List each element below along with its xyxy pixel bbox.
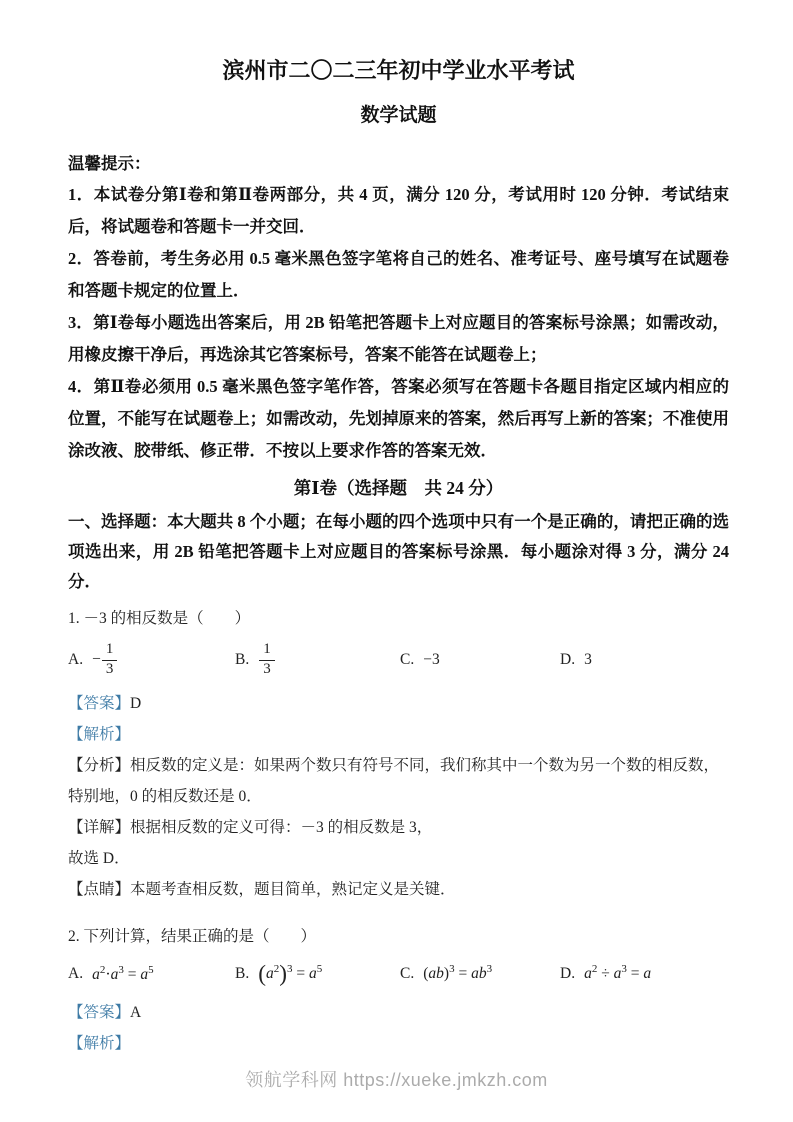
option-label: C. bbox=[400, 651, 414, 669]
question1-option-c: C. −3 bbox=[400, 651, 560, 669]
option-label: A. bbox=[68, 965, 83, 983]
option-formula: (ab)3 = ab3 bbox=[423, 965, 492, 983]
notice-heading: 温馨提示： bbox=[68, 149, 729, 179]
question1-option-a: A. −13 bbox=[68, 642, 235, 678]
question2-answer-line: 【答案】A bbox=[68, 997, 729, 1028]
fenxi-tag: 【分析】 bbox=[68, 757, 130, 774]
question1-fenxi-line: 【分析】相反数的定义是：如果两个数只有符号不同，我们称其中一个数为另一个数的相反… bbox=[68, 750, 729, 812]
notice-item-4: 4．第Ⅱ卷必须用 0.5 毫米黑色签字笔作答，答案必须写在答题卡各题目指定区域内… bbox=[68, 371, 729, 467]
question2-option-c: C. (ab)3 = ab3 bbox=[400, 965, 560, 983]
option-label: D. bbox=[560, 651, 575, 669]
dianjing-text: 本题考查相反数，题目简单，熟记定义是关键． bbox=[130, 881, 456, 898]
answer-tag: 【答案】 bbox=[68, 1004, 130, 1021]
document-subtitle: 数学试题 bbox=[68, 102, 729, 129]
document-content: 滨州市二〇二三年初中学业水平考试 数学试题 温馨提示： 1．本试卷分第Ⅰ卷和第Ⅱ… bbox=[0, 0, 793, 1059]
notice-item-2: 2．答卷前，考生务必用 0.5 毫米黑色签字笔将自己的姓名、准考证号、座号填写在… bbox=[68, 243, 729, 307]
notice-item-1: 1．本试卷分第Ⅰ卷和第Ⅱ卷两部分，共 4 页，满分 120 分，考试用时 120… bbox=[68, 179, 729, 243]
xiangjie-text: 根据相反数的定义可得：－3 的相反数是 3， bbox=[130, 819, 432, 836]
jiexi-tag: 【解析】 bbox=[68, 726, 130, 743]
option-formula: −13 bbox=[92, 642, 118, 678]
option-formula: 3 bbox=[584, 651, 592, 669]
option-label: B. bbox=[235, 651, 249, 669]
document-title: 滨州市二〇二三年初中学业水平考试 bbox=[68, 56, 729, 86]
option-formula: a2⋅a3 = a5 bbox=[92, 965, 154, 984]
xiangjie-tag: 【详解】 bbox=[68, 819, 130, 836]
answer-value: A bbox=[130, 1004, 141, 1021]
section1-header: 第Ⅰ卷（选择题 共 24 分） bbox=[68, 474, 729, 502]
dianjing-tag: 【点睛】 bbox=[68, 881, 130, 898]
question2-jiexi-line: 【解析】 bbox=[68, 1028, 729, 1059]
question1-jiexi-line: 【解析】 bbox=[68, 719, 729, 750]
question2-stem: 2. 下列计算，结果正确的是（ ） bbox=[68, 925, 729, 949]
question1-options: A. −13 B. 13 C. −3 D. 3 bbox=[68, 636, 729, 684]
option-label: D. bbox=[560, 965, 575, 983]
question1-stem: 1. －3 的相反数是（ ） bbox=[68, 607, 729, 631]
option-label: A. bbox=[68, 651, 83, 669]
question2-option-d: D. a2 ÷ a3 = a bbox=[560, 965, 729, 983]
option-formula: (a2)3 = a5 bbox=[258, 961, 322, 988]
question1-answer-line: 【答案】D bbox=[68, 688, 729, 719]
question1-conclusion-line: 故选 D． bbox=[68, 843, 729, 874]
answer-tag: 【答案】 bbox=[68, 695, 130, 712]
option-label: B. bbox=[235, 965, 249, 983]
question1-dianjing-line: 【点睛】本题考查相反数，题目简单，熟记定义是关键． bbox=[68, 874, 729, 905]
question2-options: A. a2⋅a3 = a5 B. (a2)3 = a5 C. (ab)3 = a… bbox=[68, 957, 729, 991]
option-label: C. bbox=[400, 965, 414, 983]
jiexi-tag: 【解析】 bbox=[68, 1035, 130, 1052]
option-formula: −3 bbox=[423, 651, 440, 669]
section1-instruction: 一、选择题：本大题共 8 个小题；在每小题的四个选项中只有一个是正确的，请把正确… bbox=[68, 507, 729, 597]
fenxi-text: 相反数的定义是：如果两个数只有符号不同，我们称其中一个数为另一个数的相反数，特别… bbox=[68, 757, 719, 805]
answer-value: D bbox=[130, 695, 141, 712]
option-formula: a2 ÷ a3 = a bbox=[584, 965, 651, 983]
question2-option-a: A. a2⋅a3 = a5 bbox=[68, 965, 235, 984]
watermark-footer: 领航学科网 https://xueke.jmkzh.com bbox=[0, 1066, 793, 1092]
question1-option-b: B. 13 bbox=[235, 642, 400, 678]
question2-option-b: B. (a2)3 = a5 bbox=[235, 961, 400, 988]
question1-xiangjie-line: 【详解】根据相反数的定义可得：－3 的相反数是 3， bbox=[68, 812, 729, 843]
option-formula: 13 bbox=[258, 642, 276, 678]
notice-item-3: 3．第Ⅰ卷每小题选出答案后，用 2B 铅笔把答题卡上对应题目的答案标号涂黑；如需… bbox=[68, 307, 729, 371]
question1-option-d: D. 3 bbox=[560, 651, 729, 669]
exam-document-page: 滨州市二〇二三年初中学业水平考试 数学试题 温馨提示： 1．本试卷分第Ⅰ卷和第Ⅱ… bbox=[0, 0, 793, 1122]
